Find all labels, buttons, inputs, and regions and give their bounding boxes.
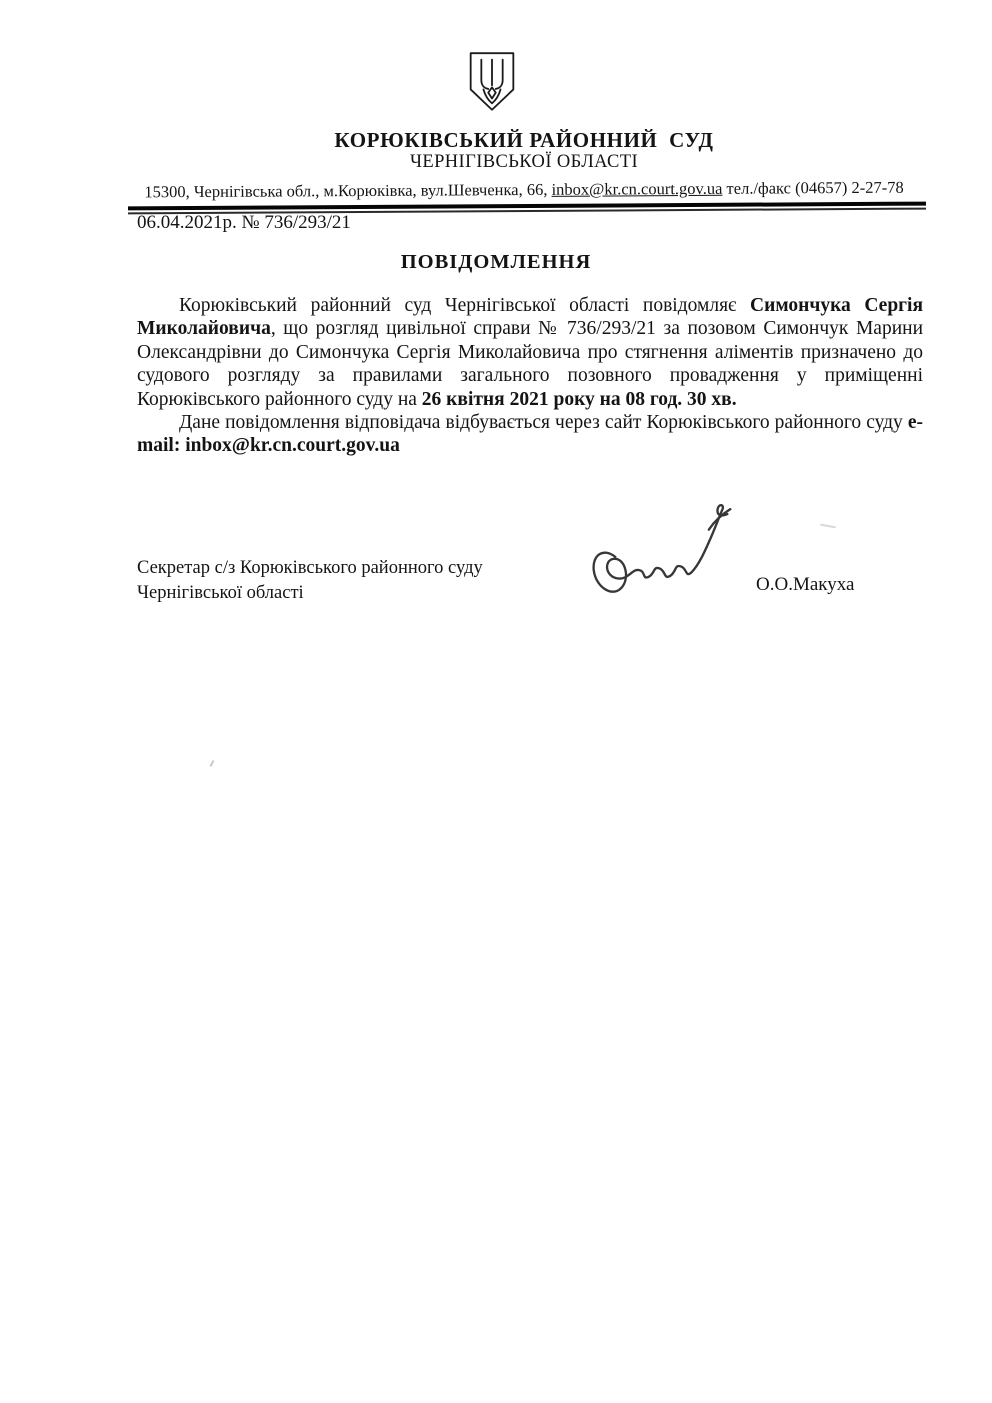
notification-paragraph-1: Корюківський районний суд Чернігівської … bbox=[137, 294, 923, 411]
document-title: ПОВІДОМЛЕННЯ bbox=[0, 251, 992, 274]
ukraine-trident-icon bbox=[466, 50, 518, 114]
signer-name: О.О.Макуха bbox=[756, 574, 854, 596]
court-region: ЧЕРНІГІВСЬКОЇ ОБЛАСТІ bbox=[60, 152, 988, 173]
signature-icon bbox=[586, 494, 742, 616]
document-body: Корюківський районний суд Чернігівської … bbox=[137, 294, 923, 458]
scan-speck bbox=[209, 760, 214, 767]
reference-number-line: 06.04.2021р. № 736/293/21 bbox=[137, 212, 351, 234]
secretary-role-line-1: Секретар с/з Корюківського районного суд… bbox=[137, 556, 483, 581]
court-address-line: 15300, Чернігівська обл., м.Корюківка, в… bbox=[60, 177, 988, 203]
court-name: КОРЮКІВСЬКИЙ РАЙОННИЙ СУД bbox=[60, 128, 988, 153]
court-emblem bbox=[466, 50, 518, 114]
notification-paragraph-2: Дане повідомлення відповідача відбуваєть… bbox=[137, 411, 923, 458]
scan-dash bbox=[820, 524, 836, 529]
handwritten-signature bbox=[586, 494, 742, 616]
secretary-role-line-2: Чернігівської області bbox=[137, 581, 483, 606]
scanned-court-letter: КОРЮКІВСЬКИЙ РАЙОННИЙ СУД ЧЕРНІГІВСЬКОЇ … bbox=[0, 0, 992, 1403]
secretary-role: Секретар с/з Корюківського районного суд… bbox=[137, 556, 483, 606]
